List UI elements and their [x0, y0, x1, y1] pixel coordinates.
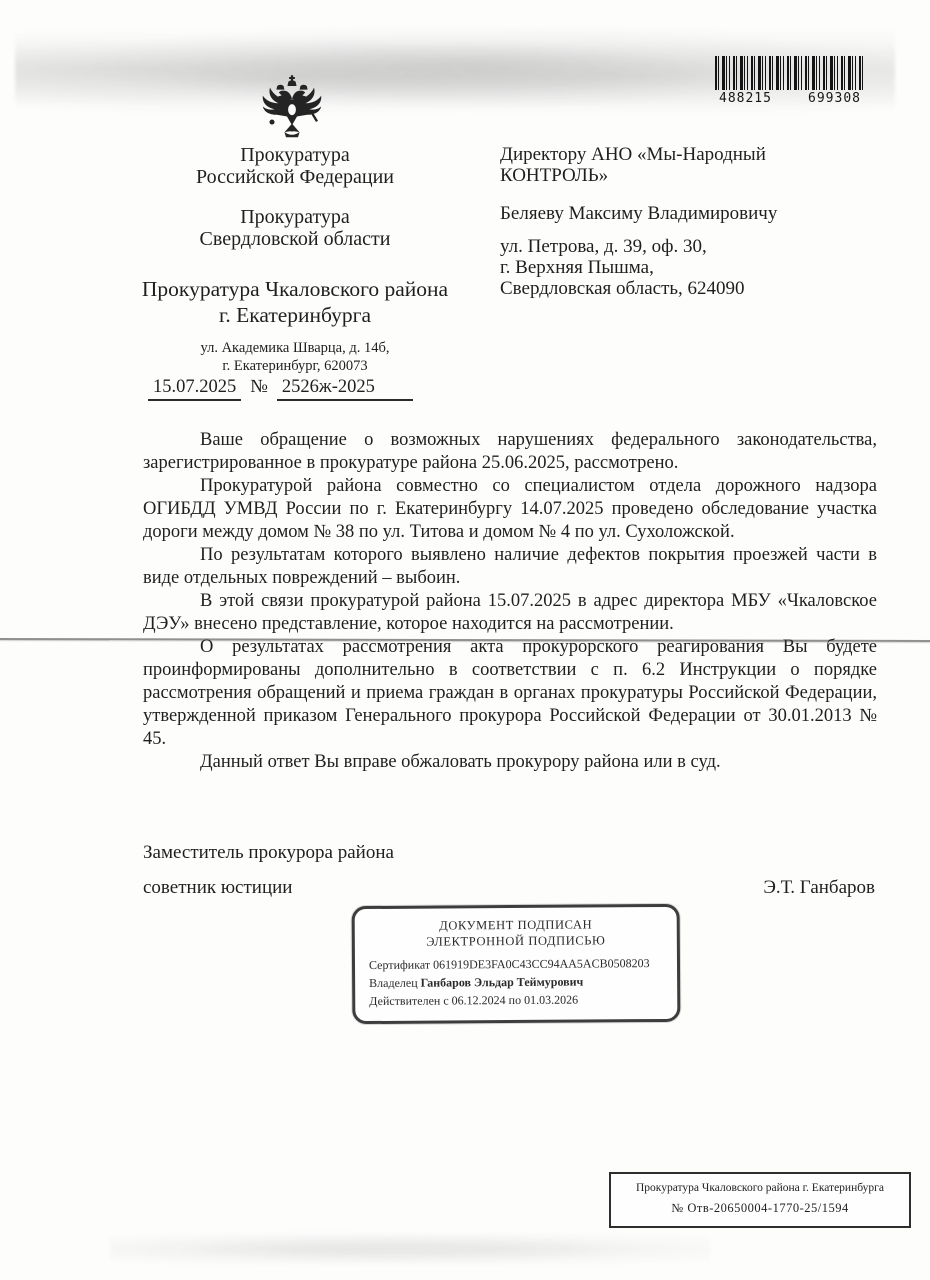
org-federation-line2: Российской Федерации [88, 166, 502, 188]
esign-certificate-value: 061919DE3FA0C43CC94AA5ACB0508203 [433, 956, 650, 972]
body-paragraph: Ваше обращение о возможных нарушениях фе… [143, 429, 877, 475]
scan-noise-bottom [110, 1228, 710, 1270]
letter-date: 15.07.2025 [148, 377, 241, 401]
sender-address-line1: ул. Академика Шварца, д. 14б, [88, 340, 502, 358]
esign-owner-label: Владелец [369, 976, 418, 990]
org-region-line1: Прокуратура [88, 206, 502, 228]
recipient-address-line2: г. Верхняя Пышма, [500, 257, 832, 278]
esign-valid-label: Действителен с [369, 993, 448, 1008]
org-federation-line1: Прокуратура [88, 144, 502, 166]
recipient-address-line3: Свердловская область, 624090 [500, 278, 832, 299]
number-sign: № [250, 377, 268, 397]
body-paragraph: Прокуратурой района совместно со специал… [143, 475, 877, 544]
esign-title: ДОКУМЕНТ ПОДПИСАН ЭЛЕКТРОННОЙ ПОДПИСЬЮ [355, 916, 677, 950]
registration-stamp-number: № Отв-20650004-1770-25/1594 [611, 1201, 909, 1216]
electronic-signature-stamp: ДОКУМЕНТ ПОДПИСАН ЭЛЕКТРОННОЙ ПОДПИСЬЮ С… [352, 904, 681, 1024]
esign-valid-to: 01.03.2026 [524, 993, 578, 1007]
scanned-letter-page: 488215 699308 Прокуратура Российской Фед… [0, 0, 930, 1280]
org-district-line1: Прокуратура Чкаловского района [88, 276, 502, 302]
body-paragraph: Данный ответ Вы вправе обжаловать прокур… [143, 751, 877, 774]
recipient-name: Беляеву Максиму Владимировичу [500, 203, 832, 224]
recipient-block: Директору АНО «Мы-Народный КОНТРОЛЬ» Бел… [500, 144, 832, 299]
letterhead: Прокуратура Российской Федерации Прокура… [88, 144, 502, 375]
sender-address-line2: г. Екатеринбург, 620073 [88, 358, 502, 376]
esign-certificate-label: Сертификат [369, 958, 430, 972]
org-district-line2: г. Екатеринбурга [88, 302, 502, 328]
barcode-icon [715, 56, 863, 90]
esign-valid-from: 06.12.2024 [452, 993, 506, 1007]
esign-owner-row: Владелец Ганбаров Эльдар Теймурович [369, 974, 677, 990]
body-paragraph: В этой связи прокуратурой района 15.07.2… [143, 590, 877, 636]
barcode-number-right: 699308 [808, 91, 861, 106]
signer-position-line1: Заместитель прокурора района [143, 842, 394, 864]
coat-of-arms-icon [250, 74, 334, 146]
body-paragraph: О результатах рассмотрения акта прокурор… [143, 636, 877, 751]
org-region-line2: Свердловской области [88, 228, 502, 250]
registration-stamp-org: Прокуратура Чкаловского района г. Екатер… [611, 1182, 909, 1195]
registration-stamp: Прокуратура Чкаловского района г. Екатер… [609, 1172, 911, 1228]
esign-title-line2: ЭЛЕКТРОННОЙ ПОДПИСЬЮ [355, 932, 677, 950]
signer-name: Э.Т. Ганбаров [763, 877, 875, 899]
barcode-block: 488215 699308 [715, 56, 865, 106]
signature-row: советник юстиции Э.Т. Ганбаров [143, 877, 875, 899]
recipient-address-line1: ул. Петрова, д. 39, оф. 30, [500, 236, 832, 257]
letter-number: 2526ж-2025 [277, 377, 413, 401]
barcode-numbers: 488215 699308 [719, 91, 861, 106]
barcode-number-left: 488215 [719, 91, 772, 106]
esign-owner-value: Ганбаров Эльдар Теймурович [421, 975, 584, 990]
esign-details: Сертификат 061919DE3FA0C43CC94AA5ACB0508… [369, 956, 677, 1008]
esign-certificate-row: Сертификат 061919DE3FA0C43CC94AA5ACB0508… [369, 956, 677, 972]
esign-valid-to-label: по [509, 993, 522, 1007]
signer-position-line2: советник юстиции [143, 877, 292, 899]
esign-validity-row: Действителен с 06.12.2024 по 01.03.2026 [369, 992, 677, 1008]
letter-body: Ваше обращение о возможных нарушениях фе… [143, 429, 877, 774]
reference-line: 15.07.2025№2526ж-2025 [148, 377, 413, 401]
body-paragraph: По результатам которого выявлено наличие… [143, 544, 877, 590]
recipient-title: Директору АНО «Мы-Народный КОНТРОЛЬ» [500, 144, 832, 186]
